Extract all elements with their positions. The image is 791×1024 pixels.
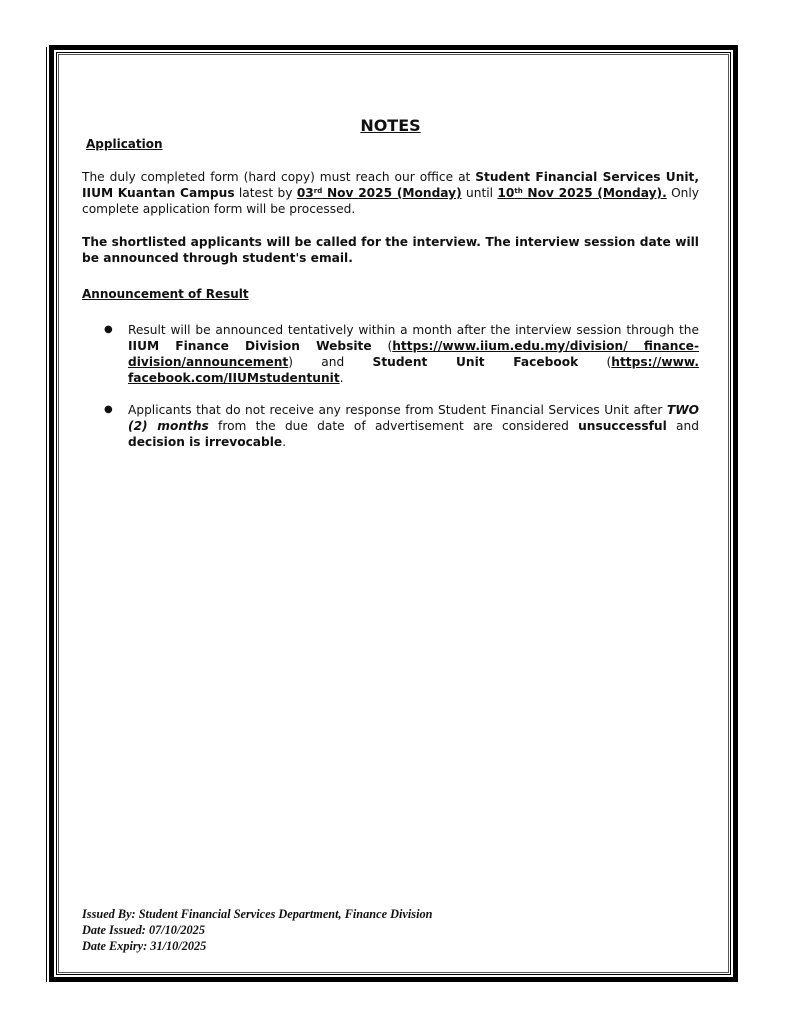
irrevocable-text: decision is irrevocable — [128, 435, 282, 449]
announcement-list: ● Result will be announced tentatively w… — [82, 322, 699, 450]
interview-paragraph: The shortlisted applicants will be calle… — [82, 234, 699, 266]
issued-by: Issued By: Student Financial Services De… — [82, 906, 433, 922]
facebook-label: Student Unit Facebook — [373, 355, 579, 369]
end-date: 10th Nov 2025 (Monday). — [497, 186, 666, 200]
document-footer: Issued By: Student Financial Services De… — [82, 906, 433, 954]
text: until — [462, 186, 498, 200]
page-title: NOTES — [82, 116, 699, 136]
date-expiry: Date Expiry: 31/10/2025 — [82, 938, 433, 954]
unsuccessful-text: unsuccessful — [578, 419, 667, 433]
date-issued: Date Issued: 07/10/2025 — [82, 922, 433, 938]
application-paragraph: The duly completed form (hard copy) must… — [82, 169, 699, 217]
text: latest by — [235, 186, 297, 200]
bullet-icon: ● — [104, 402, 113, 418]
announcement-heading: Announcement of Result — [82, 286, 699, 302]
start-date: 03rd Nov 2025 (Monday) — [297, 186, 462, 200]
notes-content: NOTES Application The duly completed for… — [82, 112, 699, 466]
bullet-icon: ● — [104, 322, 113, 338]
application-heading: Application — [86, 136, 699, 152]
finance-website-label: IIUM Finance Division Website — [128, 339, 372, 353]
text: The duly completed form (hard copy) must… — [82, 170, 475, 184]
list-item: ● Result will be announced tentatively w… — [82, 322, 699, 386]
list-item: ● Applicants that do not receive any res… — [82, 402, 699, 450]
